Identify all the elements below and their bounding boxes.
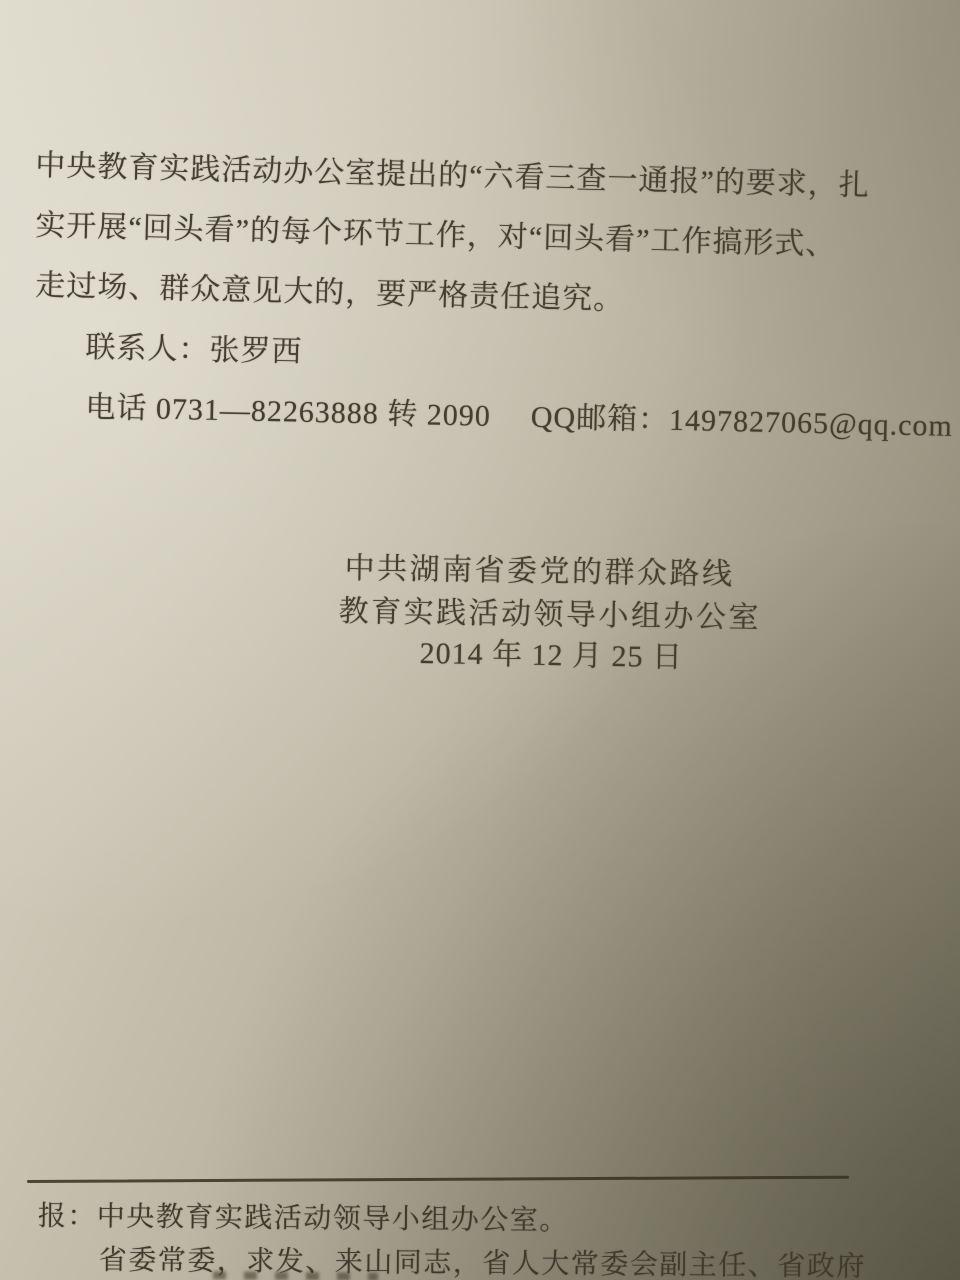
signature-org-line-1: 中共湖南省委党的群众路线 — [344, 543, 735, 593]
signature-org-line-2: 教育实践活动领导小组办公室 — [338, 586, 761, 637]
document-photo: 中央教育实践活动办公室提出的“六看三查一通报”的要求，扎 实开展“回头看”的每个… — [0, 0, 960, 1280]
body-text-line-3: 走过场、群众意见大的，要严格责任追究。 — [35, 260, 625, 318]
phone-number-text: 电话 0731—82263888 转 2090 — [85, 382, 491, 435]
body-text-line-1: 中央教育实践活动办公室提出的“六看三查一通报”的要求，扎 — [35, 140, 870, 204]
footer-report-line: 报：中央教育实践活动领导小组办公室。 — [38, 1194, 569, 1239]
contact-phone-row: 电话 0731—82263888 转 2090 QQ邮箱：1497827065@… — [85, 382, 953, 445]
cutoff-text-line — [213, 1271, 378, 1280]
qq-email-text: QQ邮箱：1497827065@qq.com — [530, 392, 953, 445]
contact-person-line: 联系人：张罗西 — [85, 322, 303, 371]
footer-divider-line — [27, 1176, 849, 1183]
body-text-line-2: 实开展“回头看”的每个环节工作，对“回头看”工作搞形式、 — [35, 200, 837, 264]
signature-date-line: 2014 年 12 月 25 日 — [419, 628, 683, 676]
